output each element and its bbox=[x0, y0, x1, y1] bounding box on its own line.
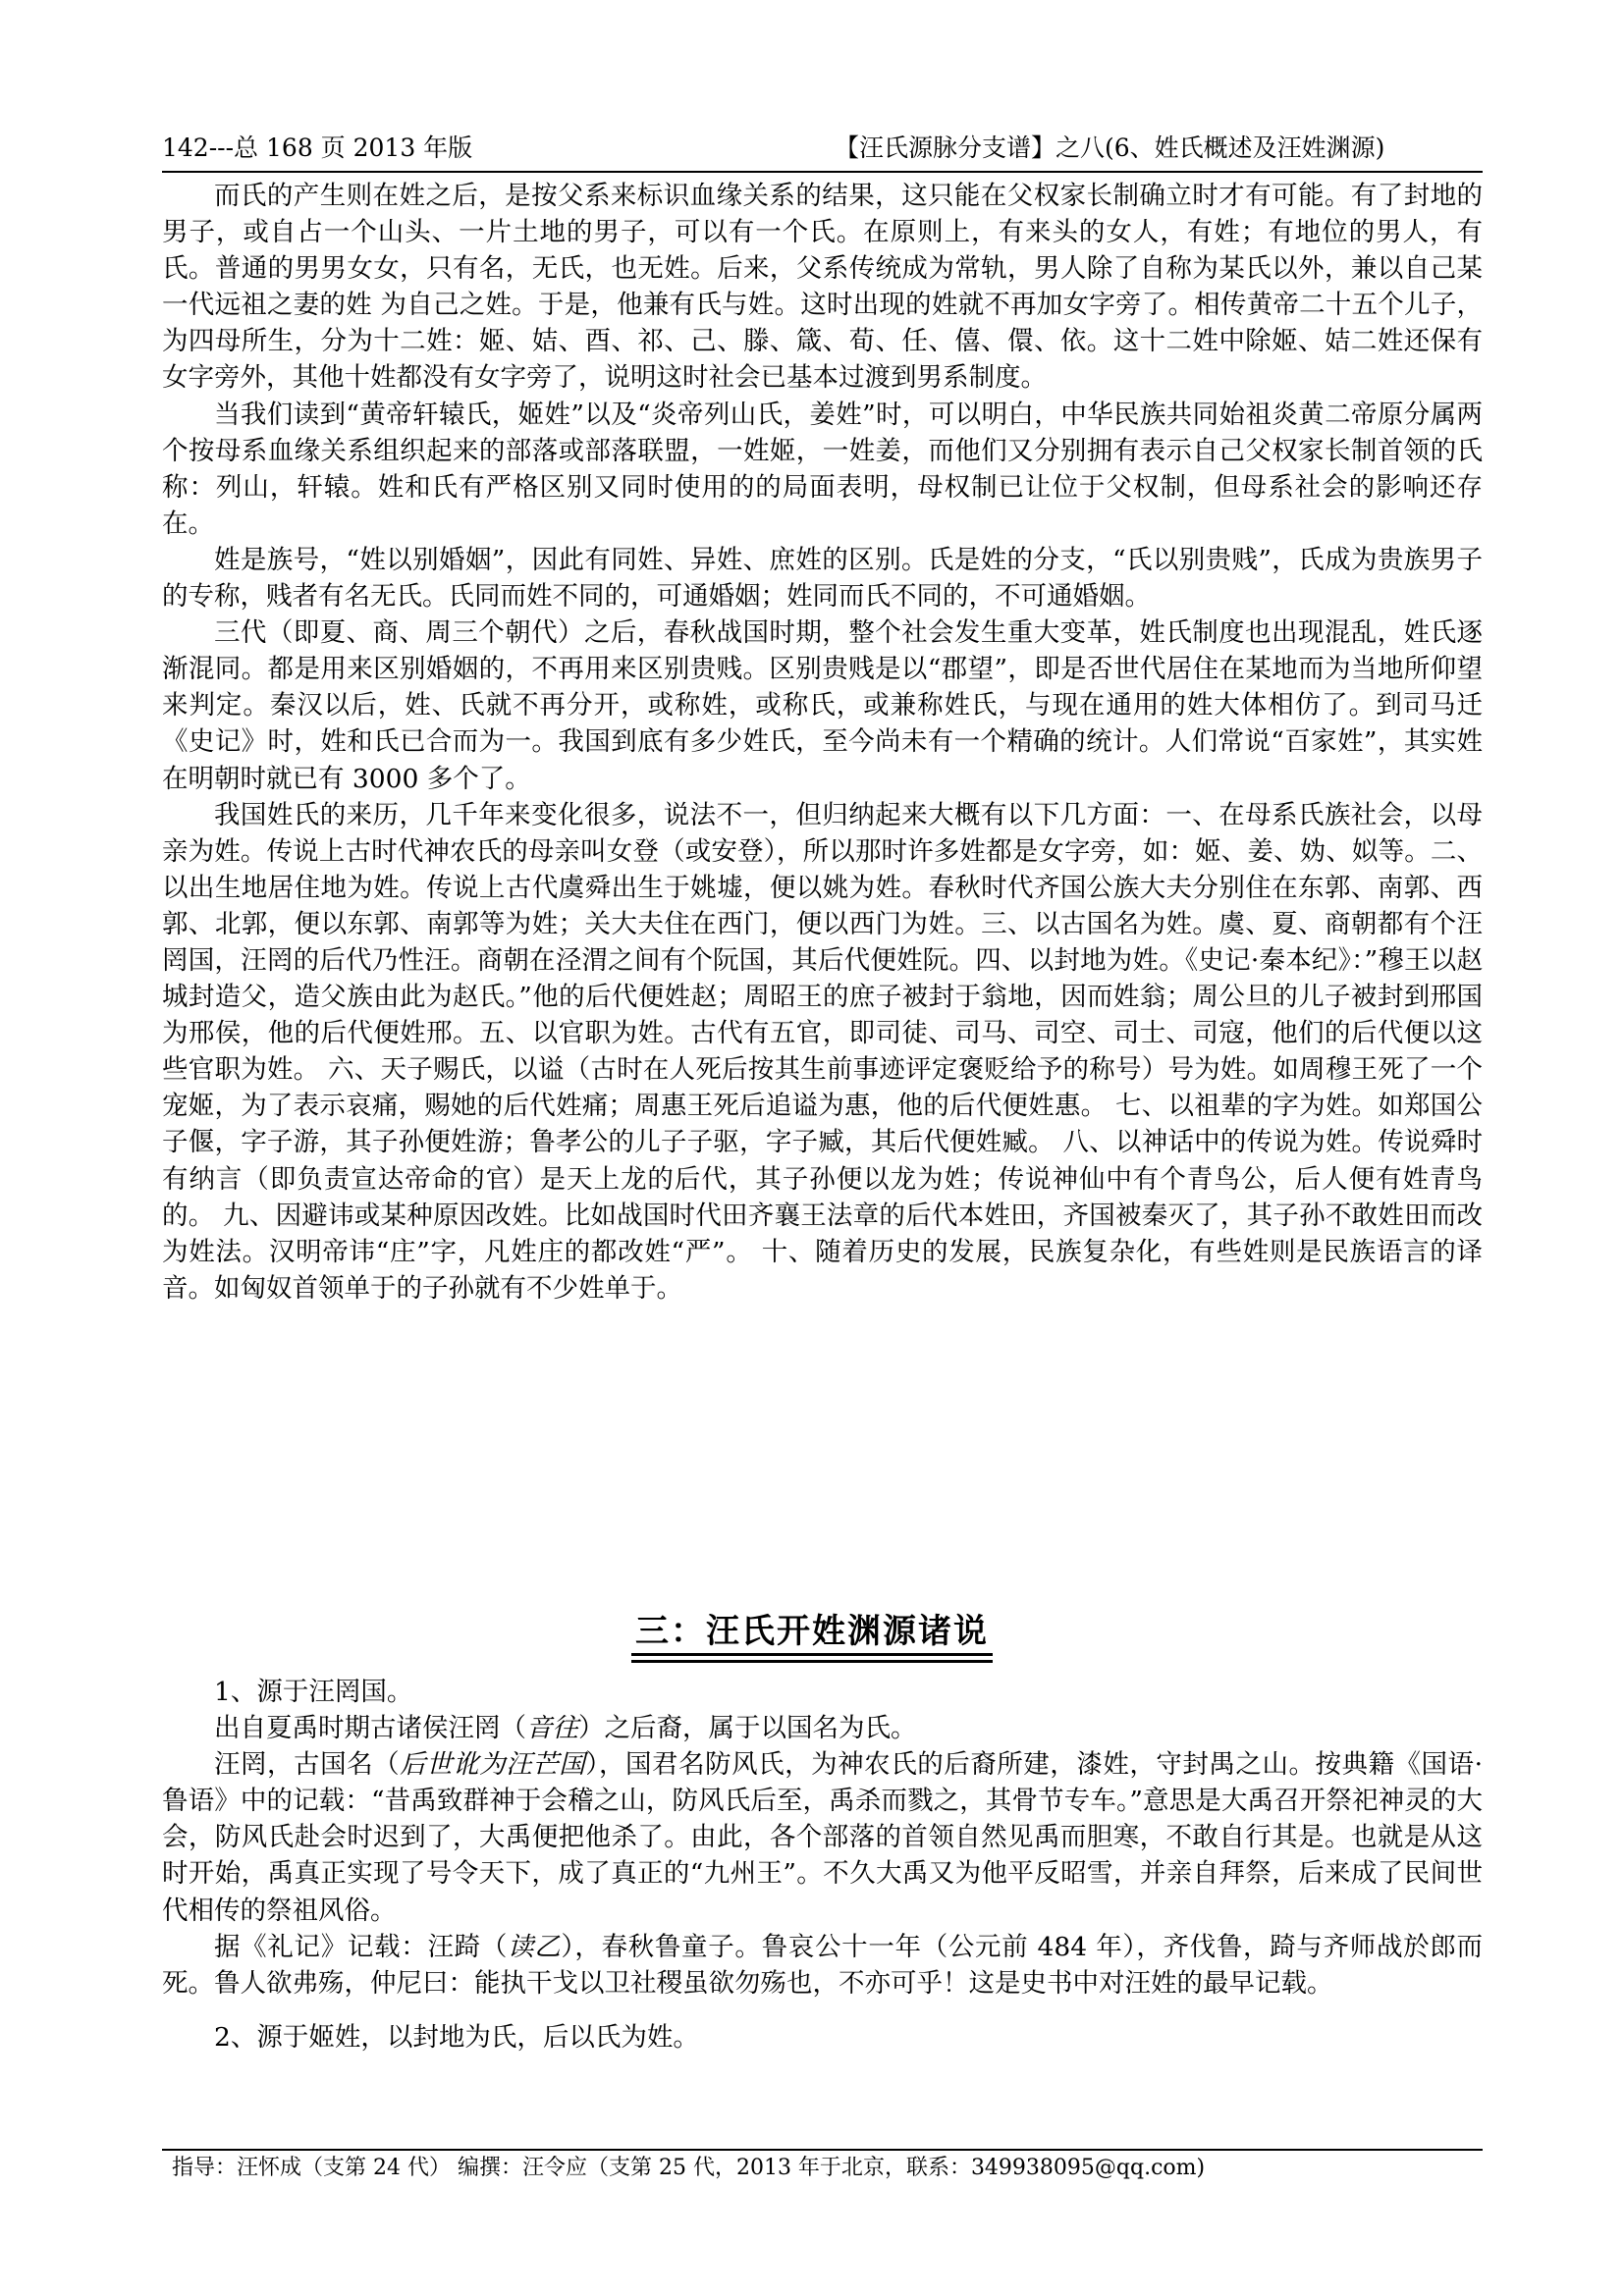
page-header: 142---总 168 页 2013 年版 【汪氏源脉分支谱】之八(6、姓氏概述… bbox=[162, 131, 1483, 166]
document-title: 【汪氏源脉分支谱】之八(6、姓氏概述及汪姓渊源) bbox=[835, 131, 1384, 166]
italic-note: 读乙 bbox=[508, 1932, 561, 1962]
text-run: 汪罔，古国名（ bbox=[214, 1749, 400, 1780]
italic-note: 后世讹为汪芒国 bbox=[400, 1749, 585, 1780]
text-run: 据《礼记》记载：汪踦（ bbox=[214, 1932, 508, 1962]
section-heading: 三：汪氏开姓渊源诸说 bbox=[631, 1610, 993, 1656]
paragraph: 汪罔，古国名（后世讹为汪芒国），国君名防风氏，为神农氏的后裔所建，漆姓，守封禺之… bbox=[162, 1746, 1483, 1928]
item-title: 2、源于姬姓，以封地为氏，后以氏为姓。 bbox=[162, 2019, 1483, 2056]
section-heading-wrap: 三：汪氏开姓渊源诸说 bbox=[0, 1610, 1624, 1656]
page-footer: 指导：汪怀成（支第 24 代） 编撰：汪令应（支第 25 代，2013 年于北京… bbox=[172, 2153, 1205, 2184]
footer-rule bbox=[162, 2149, 1483, 2151]
text-run: ）之后裔，属于以国名为氏。 bbox=[578, 1713, 917, 1743]
text-run: 出自夏禹时期古诸侯汪罔（ bbox=[214, 1713, 526, 1743]
paragraph: 据《礼记》记载：汪踦（读乙），春秋鲁童子。鲁哀公十一年（公元前 484 年），齐… bbox=[162, 1929, 1483, 2002]
item-title: 1、源于汪罔国。 bbox=[162, 1674, 1483, 1710]
page-number-label: 142---总 168 页 2013 年版 bbox=[162, 131, 472, 166]
paragraph: 而氏的产生则在姓之后，是按父系来标识血缘关系的结果，这只能在父权家长制确立时才有… bbox=[162, 178, 1483, 397]
paragraph: 姓是族号，“姓以别婚姻”，因此有同姓、异姓、庶姓的区别。氏是姓的分支，“氏以别贵… bbox=[162, 542, 1483, 614]
main-text: 而氏的产生则在姓之后，是按父系来标识血缘关系的结果，这只能在父权家长制确立时才有… bbox=[162, 178, 1483, 1307]
italic-note: 音往 bbox=[526, 1713, 578, 1743]
paragraph: 出自夏禹时期古诸侯汪罔（音往）之后裔，属于以国名为氏。 bbox=[162, 1710, 1483, 1746]
paragraph: 当我们读到“黄帝轩辕氏，姬姓”以及“炎帝列山氏，姜姓”时，可以明白，中华民族共同… bbox=[162, 397, 1483, 542]
paragraph: 三代（即夏、商、周三个朝代）之后，春秋战国时期，整个社会发生重大变革，姓氏制度也… bbox=[162, 614, 1483, 796]
section-text: 1、源于汪罔国。 出自夏禹时期古诸侯汪罔（音往）之后裔，属于以国名为氏。 汪罔，… bbox=[162, 1674, 1483, 2056]
paragraph: 我国姓氏的来历，几千年来变化很多，说法不一，但归纳起来大概有以下几方面：一、在母… bbox=[162, 797, 1483, 1307]
header-rule bbox=[162, 171, 1483, 173]
